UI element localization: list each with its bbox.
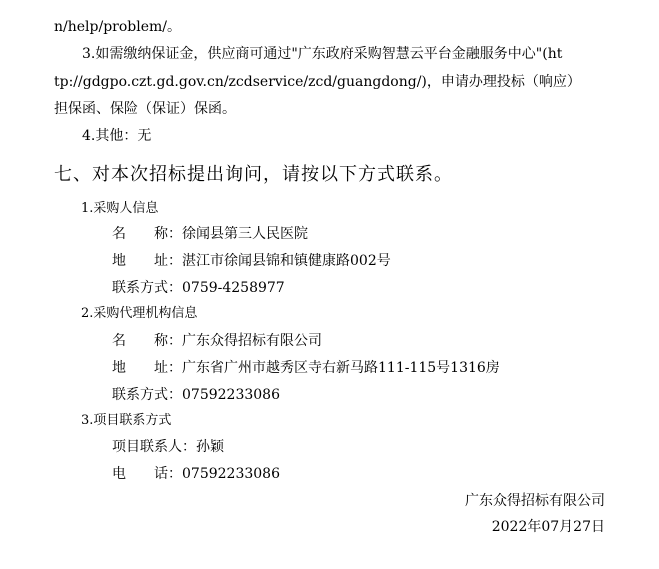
field-label: 联系方式： — [112, 387, 182, 403]
signature-company: 广东众得招标有限公司 — [465, 492, 605, 510]
field-label-part: 址： — [154, 253, 182, 269]
field-label-part: 地 — [112, 359, 154, 377]
contact-field-phone: 联系方式：07592233086 — [112, 386, 280, 404]
field-label-part: 址： — [154, 360, 182, 376]
field-value: 广东众得招标有限公司 — [182, 333, 322, 349]
contact-group-title: 3.项目联系方式 — [81, 413, 171, 429]
section-heading: 七、对本次招标提出询问，请按以下方式联系。 — [54, 164, 453, 186]
field-label-part: 地 — [112, 252, 154, 270]
contact-field-name: 名称：广东众得招标有限公司 — [112, 332, 322, 350]
field-value: 孙颖 — [196, 439, 224, 455]
field-value: 徐闻县第三人民医院 — [182, 226, 308, 242]
contact-field-person: 项目联系人：孙颖 — [112, 438, 224, 456]
contact-group-title: 2.采购代理机构信息 — [81, 306, 197, 322]
field-value: 0759-4258977 — [182, 280, 285, 296]
paragraph-item-3-line-3: 担保函、保险（保证）保函。 — [54, 100, 236, 118]
contact-field-address: 地址：湛江市徐闻县锦和镇健康路002号 — [112, 252, 391, 270]
field-value: 07592233086 — [182, 387, 280, 403]
field-label-part: 名 — [112, 225, 154, 243]
field-label-part: 话： — [154, 466, 182, 482]
field-value: 湛江市徐闻县锦和镇健康路002号 — [182, 253, 391, 269]
field-label-part: 名 — [112, 332, 154, 350]
paragraph-item-4: 4.其他：无 — [82, 127, 151, 145]
contact-field-phone: 联系方式：0759-4258977 — [112, 279, 285, 297]
paragraph-url-tail: n/help/problem/。 — [54, 18, 181, 36]
field-value: 07592233086 — [182, 466, 280, 482]
field-label-part: 电 — [112, 465, 154, 483]
paragraph-item-3-line-2: tp://gdgpo.czt.gd.gov.cn/zcdservice/zcd/… — [54, 73, 581, 91]
contact-field-name: 名称：徐闻县第三人民医院 — [112, 225, 308, 243]
contact-group-title: 1.采购人信息 — [81, 201, 158, 217]
field-label: 项目联系人： — [112, 439, 196, 455]
contact-field-phone: 电话：07592233086 — [112, 465, 280, 483]
contact-field-address: 地址：广东省广州市越秀区寺右新马路111-115号1316房 — [112, 359, 500, 377]
field-label-part: 称： — [154, 333, 182, 349]
field-label: 联系方式： — [112, 280, 182, 296]
field-label-part: 称： — [154, 226, 182, 242]
paragraph-item-3-line-1: 3.如需缴纳保证金，供应商可通过"广东政府采购智慧云平台金融服务中心"(ht — [82, 45, 562, 63]
signature-date: 2022年07月27日 — [492, 518, 605, 536]
field-value: 广东省广州市越秀区寺右新马路111-115号1316房 — [182, 360, 500, 376]
